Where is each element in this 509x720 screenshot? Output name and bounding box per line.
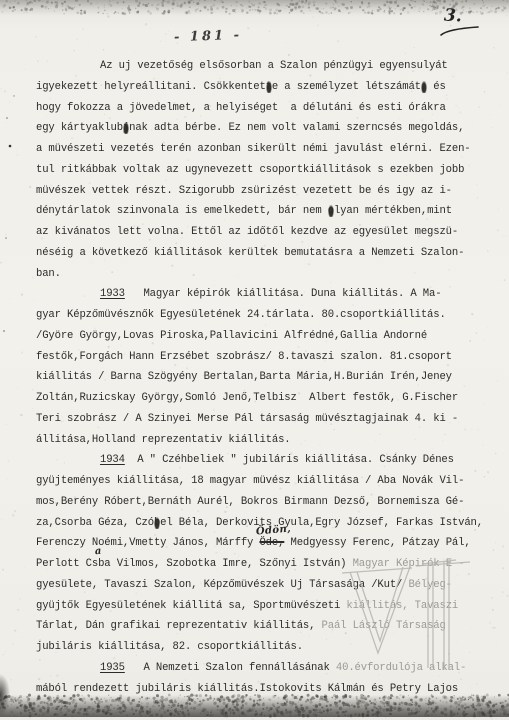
text-line: ban. <box>36 264 496 285</box>
text-segment: nak adta bérbe. Ez nem volt valami szern… <box>129 122 464 134</box>
text-line: tul ritkábbak voltak az ugynevezett csop… <box>36 160 496 181</box>
text-segment: Zoltán,Ruzicskay György,Somló Jenő,Telbi… <box>36 392 458 404</box>
text-segment: gyesülete, Tavaszi Szalon, Képzőmüvészek… <box>36 579 408 591</box>
text-segment: gyüjteményes kiállitása, 18 magyar müvés… <box>36 475 464 487</box>
text-line: 1933 Magyar képirók kiállitása. Duna kiá… <box>36 284 496 305</box>
text-segment: igyekezett helyreállitani. Csökkentet <box>36 81 266 93</box>
text-segment: gyüjtők Egyesületének kiállitá sa, Sport… <box>36 600 346 612</box>
text-line: /Györe György,Lovas Piroska,Pallavicini … <box>36 326 496 347</box>
text-line: dénytárlatok szinvonala is emelkedett, b… <box>36 201 496 222</box>
text-line: mos,Berény Róbert,Bernáth Aurél, Bokros … <box>36 492 496 513</box>
year-heading: 1933 <box>100 288 125 300</box>
text-line: az kivánatos lett volna. Ettől az időtől… <box>36 222 496 243</box>
text-segment: egy kártyaklub <box>36 122 123 134</box>
text-segment: Az uj vezetőség elsősorban a Szalon pénz… <box>100 60 448 72</box>
year-heading: 1935 <box>100 662 125 674</box>
text-segment: el Béla, Derkovits Gyula,Egry József, Fa… <box>160 517 483 529</box>
text-segment: kiállitás / Barna Szögyény Bertalan,Bart… <box>36 371 452 383</box>
corrected-text: baa <box>98 554 110 575</box>
handwritten-correction: Ödön, <box>256 520 293 544</box>
text-segment: mából rendezett jubiláris kiállitás.Isto… <box>36 683 458 695</box>
text-segment: mos,Berény Róbert,Bernáth Aurél, Bokros … <box>36 496 464 508</box>
text-segment: az kivánatos lett volna. Ettől az időtől… <box>36 226 458 238</box>
text-line: Teri szobrász / A Szinyei Merse Pál társ… <box>36 409 496 430</box>
text-line: Ferenczy Noémi,Vmetty János, Márffy Öde,… <box>36 533 496 554</box>
text-line: 1934 A " Czéhbeliek " jubiláris kiállitá… <box>36 450 496 471</box>
text-line: Perlott Csbaa Vilmos, Szobotka Imre, Sző… <box>36 554 496 575</box>
text-segment: Magyar képirók kiállitása. Duna kiállitá… <box>125 288 442 300</box>
text-line: kiállitás / Barna Szögyény Bertalan,Bart… <box>36 367 496 388</box>
text-segment: állitása,Holland reprezentativ kiállitás… <box>36 434 291 446</box>
text-line: igyekezett helyreállitani. Csökkentette … <box>36 77 496 98</box>
text-line: hogy fokozza a jövedelmet, a helyiséget … <box>36 98 496 119</box>
text-segment: /Györe György,Lovas Piroska,Pallavicini … <box>36 330 427 342</box>
scan-edge-top <box>0 0 509 15</box>
text-line: gyüjtők Egyesületének kiállitá sa, Sport… <box>36 596 496 617</box>
text-line: néséig a következő kiállitások kerültek … <box>36 243 496 264</box>
text-segment: A " Czéhbeliek " jubiláris kiállitása. C… <box>125 454 454 466</box>
text-line: a müvészeti vezetés terén azonban sikerü… <box>36 139 496 160</box>
text-line: festők,Forgách Hann Erzsébet szobrász/ 8… <box>36 347 496 368</box>
scanned-document-page: 3. - 181 - Az uj vezetőség elsősorban a … <box>0 0 509 720</box>
text-line: mából rendezett jubiláris kiállitás.Isto… <box>36 679 496 700</box>
text-line: egy kártyaklubjnak adta bérbe. Ez nem vo… <box>36 118 496 139</box>
corrected-text: Öde,Ödön, <box>259 533 284 554</box>
text-segment: festők,Forgách Hann Erzsébet szobrász/ 8… <box>36 351 452 363</box>
text-segment: gyar Képzőmüvésznők Egyesületének 24.tár… <box>36 309 446 321</box>
text-segment: tul ritkábbak voltak az ugynevezett csop… <box>36 164 464 176</box>
text-segment: Bélyeg- <box>408 579 451 591</box>
text-segment: Paál László Társaság <box>322 620 446 632</box>
text-line: gyesülete, Tavaszi Szalon, Képzőmüvészek… <box>36 575 496 596</box>
text-segment: kiállitás, Tavaszi <box>346 600 458 612</box>
year-heading: 1934 <box>100 454 125 466</box>
text-segment: za,Csorba Géza, Czó <box>36 517 154 529</box>
text-segment: hogy fokozza a jövedelmet, a helyiséget … <box>36 102 446 114</box>
text-segment: Tárlat, Dán grafikai reprezentativ kiáll… <box>36 620 322 632</box>
text-segment: A Nemzeti Szalon fennállásának <box>125 662 336 674</box>
text-segment: Medgyessy Ferenc, Pátzay Pál, <box>284 537 470 549</box>
text-segment: dénytárlatok szinvonala is emelkedett, b… <box>36 205 328 217</box>
page-number-underline-stroke <box>438 22 482 38</box>
text-segment: Magyar Képirók E - <box>353 558 465 570</box>
scan-smudge-bottom-left <box>0 674 10 716</box>
text-line: állitása,Holland reprezentativ kiállitás… <box>36 430 496 451</box>
typewritten-text-block: Az uj vezetőség elsősorban a Szalon pénz… <box>36 56 496 699</box>
text-segment: 40.évfordulója alkal- <box>336 662 466 674</box>
text-line: Az uj vezetőség elsősorban a Szalon pénz… <box>36 56 496 77</box>
text-segment: és <box>427 81 446 93</box>
text-line: müvészek vettek részt. Szigorubb zsürizé… <box>36 181 496 202</box>
text-segment: Vilmos, Szobotka Imre, Szőnyi István) <box>111 558 353 570</box>
text-line: Zoltán,Ruzicskay György,Somló Jenő,Telbi… <box>36 388 496 409</box>
text-line: gyar Képzőmüvésznők Egyesületének 24.tár… <box>36 305 496 326</box>
text-line: 1935 A Nemzeti Szalon fennállásának 40.é… <box>36 658 496 679</box>
text-segment: müvészek vettek részt. Szigorubb zsürizé… <box>36 185 452 197</box>
text-line: Tárlat, Dán grafikai reprezentativ kiáll… <box>36 616 496 637</box>
text-segment: lyan mértékben,mint <box>334 205 452 217</box>
text-line: gyüjteményes kiállitása, 18 magyar müvés… <box>36 471 496 492</box>
text-segment: Ferenczy Noémi,Vmetty János, Márffy <box>36 537 259 549</box>
text-segment: Teri szobrász / A Szinyei Merse Pál társ… <box>36 413 458 425</box>
text-segment: Perlott Cs <box>36 558 98 570</box>
text-line: jubiláris kiállitása, 82. csoportkiállit… <box>36 637 496 658</box>
text-segment: néséig a következő kiállitások kerültek … <box>36 247 464 259</box>
handwritten-sheet-number: - 181 - <box>118 26 298 47</box>
text-segment: jubiláris kiállitása, 82. csoportkiállit… <box>36 641 303 653</box>
text-segment: ban. <box>36 268 61 280</box>
text-segment: e a személyzet létszámát <box>272 81 421 93</box>
text-segment: a müvészeti vezetés terén azonban sikerü… <box>36 143 471 155</box>
